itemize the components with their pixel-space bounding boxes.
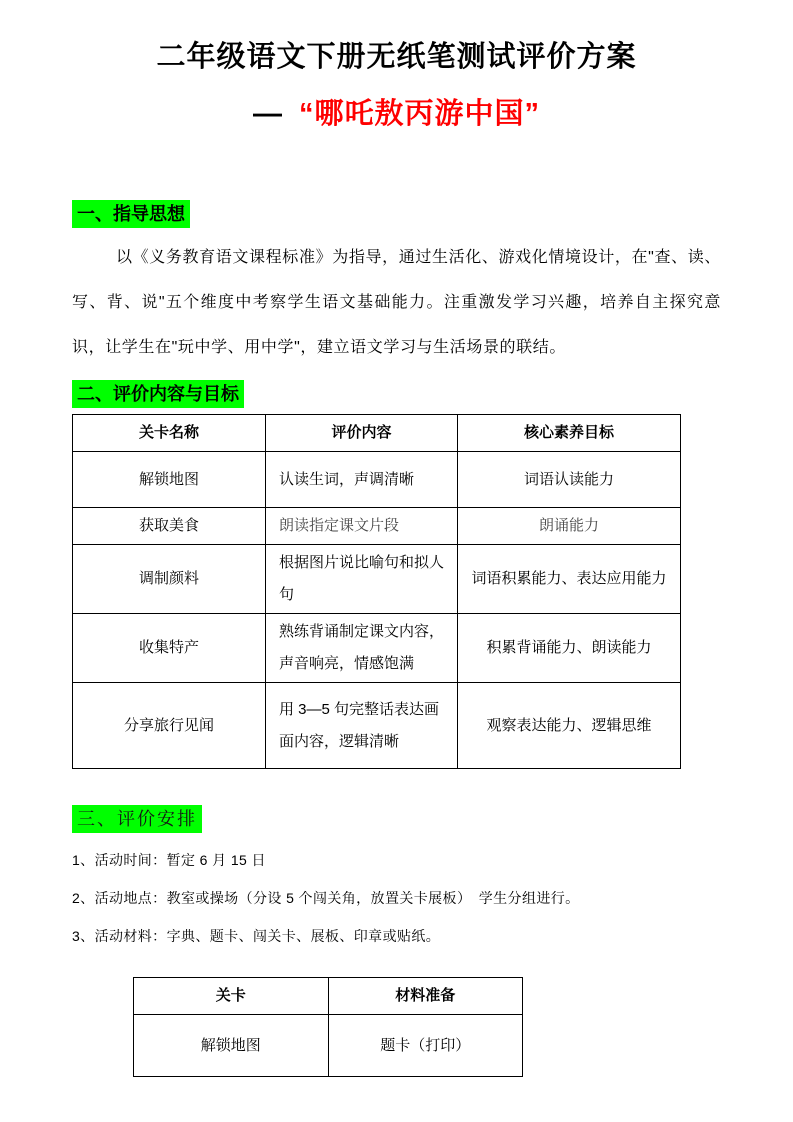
- cell-content: 根据图片说比喻句和拟人句: [266, 545, 458, 614]
- cell-target: 积累背诵能力、朗读能力: [458, 614, 681, 683]
- evaluation-table: 关卡名称 评价内容 核心素养目标 解锁地图 认读生词，声调清晰 词语认读能力 获…: [72, 414, 681, 769]
- header-cell-content: 评价内容: [266, 415, 458, 452]
- table-row: 收集特产 熟练背诵制定课文内容，声音响亮，情感饱满 积累背诵能力、朗读能力: [73, 614, 681, 683]
- section2-heading: 二、评价内容与目标: [72, 380, 244, 408]
- header-cell-level-name: 关卡名称: [73, 415, 266, 452]
- header-cell-target: 核心素养目标: [458, 415, 681, 452]
- cell-level-name: 收集特产: [73, 614, 266, 683]
- evaluation-table-header-row: 关卡名称 评价内容 核心素养目标: [73, 415, 681, 452]
- cell-level-name: 分享旅行见闻: [73, 683, 266, 769]
- cell-material: 题卡（打印）: [328, 1015, 523, 1077]
- materials-table-header-row: 关卡 材料准备: [134, 978, 523, 1015]
- table-row: 获取美食 朗读指定课文片段 朗诵能力: [73, 508, 681, 545]
- document-title: 二年级语文下册无纸笔测试评价方案: [72, 34, 721, 75]
- table-row: 分享旅行见闻 用 3—5 句完整话表达画面内容，逻辑清晰 观察表达能力、逻辑思维: [73, 683, 681, 769]
- subtitle-quoted-text: “哪吒敖丙游中国”: [299, 98, 540, 130]
- list-item-activity-materials: 3、活动材料：字典、题卡、闯关卡、展板、印章或贴纸。: [72, 917, 721, 955]
- cell-content: 朗读指定课文片段: [266, 508, 458, 545]
- table-row: 调制颜料 根据图片说比喻句和拟人句 词语积累能力、表达应用能力: [73, 545, 681, 614]
- section3-heading: 三、评价安排: [72, 805, 202, 833]
- materials-table: 关卡 材料准备 解锁地图 题卡（打印）: [133, 977, 523, 1077]
- cell-target: 词语认读能力: [458, 452, 681, 508]
- header-cell-level: 关卡: [134, 978, 329, 1015]
- table-row: 解锁地图 认读生词，声调清晰 词语认读能力: [73, 452, 681, 508]
- cell-content: 认读生词，声调清晰: [266, 452, 458, 508]
- section1-paragraph: 以《义务教育语文课程标准》为指导，通过生活化、游戏化情境设计，在"查、读、写、背…: [72, 235, 721, 370]
- cell-level: 解锁地图: [134, 1015, 329, 1077]
- cell-level-name: 解锁地图: [73, 452, 266, 508]
- list-item-activity-place: 2、活动地点：教室或操场（分设 5 个闯关角，放置关卡展板） 学生分组进行。: [72, 879, 721, 917]
- cell-level-name: 调制颜料: [73, 545, 266, 614]
- cell-target: 词语积累能力、表达应用能力: [458, 545, 681, 614]
- document-page: 二年级语文下册无纸笔测试评价方案 —“哪吒敖丙游中国” 一、指导思想 以《义务教…: [0, 0, 793, 1077]
- cell-target: 朗诵能力: [458, 508, 681, 545]
- table-row: 解锁地图 题卡（打印）: [134, 1015, 523, 1077]
- cell-content: 熟练背诵制定课文内容，声音响亮，情感饱满: [266, 614, 458, 683]
- cell-level-name: 获取美食: [73, 508, 266, 545]
- cell-content: 用 3—5 句完整话表达画面内容，逻辑清晰: [266, 683, 458, 769]
- cell-target: 观察表达能力、逻辑思维: [458, 683, 681, 769]
- list-item-activity-time: 1、活动时间：暂定 6 月 15 日: [72, 841, 721, 879]
- section1-heading: 一、指导思想: [72, 200, 190, 228]
- header-cell-material-prep: 材料准备: [328, 978, 523, 1015]
- subtitle-dash: —: [253, 98, 283, 130]
- arrangement-list: 1、活动时间：暂定 6 月 15 日 2、活动地点：教室或操场（分设 5 个闯关…: [72, 841, 721, 955]
- document-subtitle: —“哪吒敖丙游中国”: [72, 91, 721, 132]
